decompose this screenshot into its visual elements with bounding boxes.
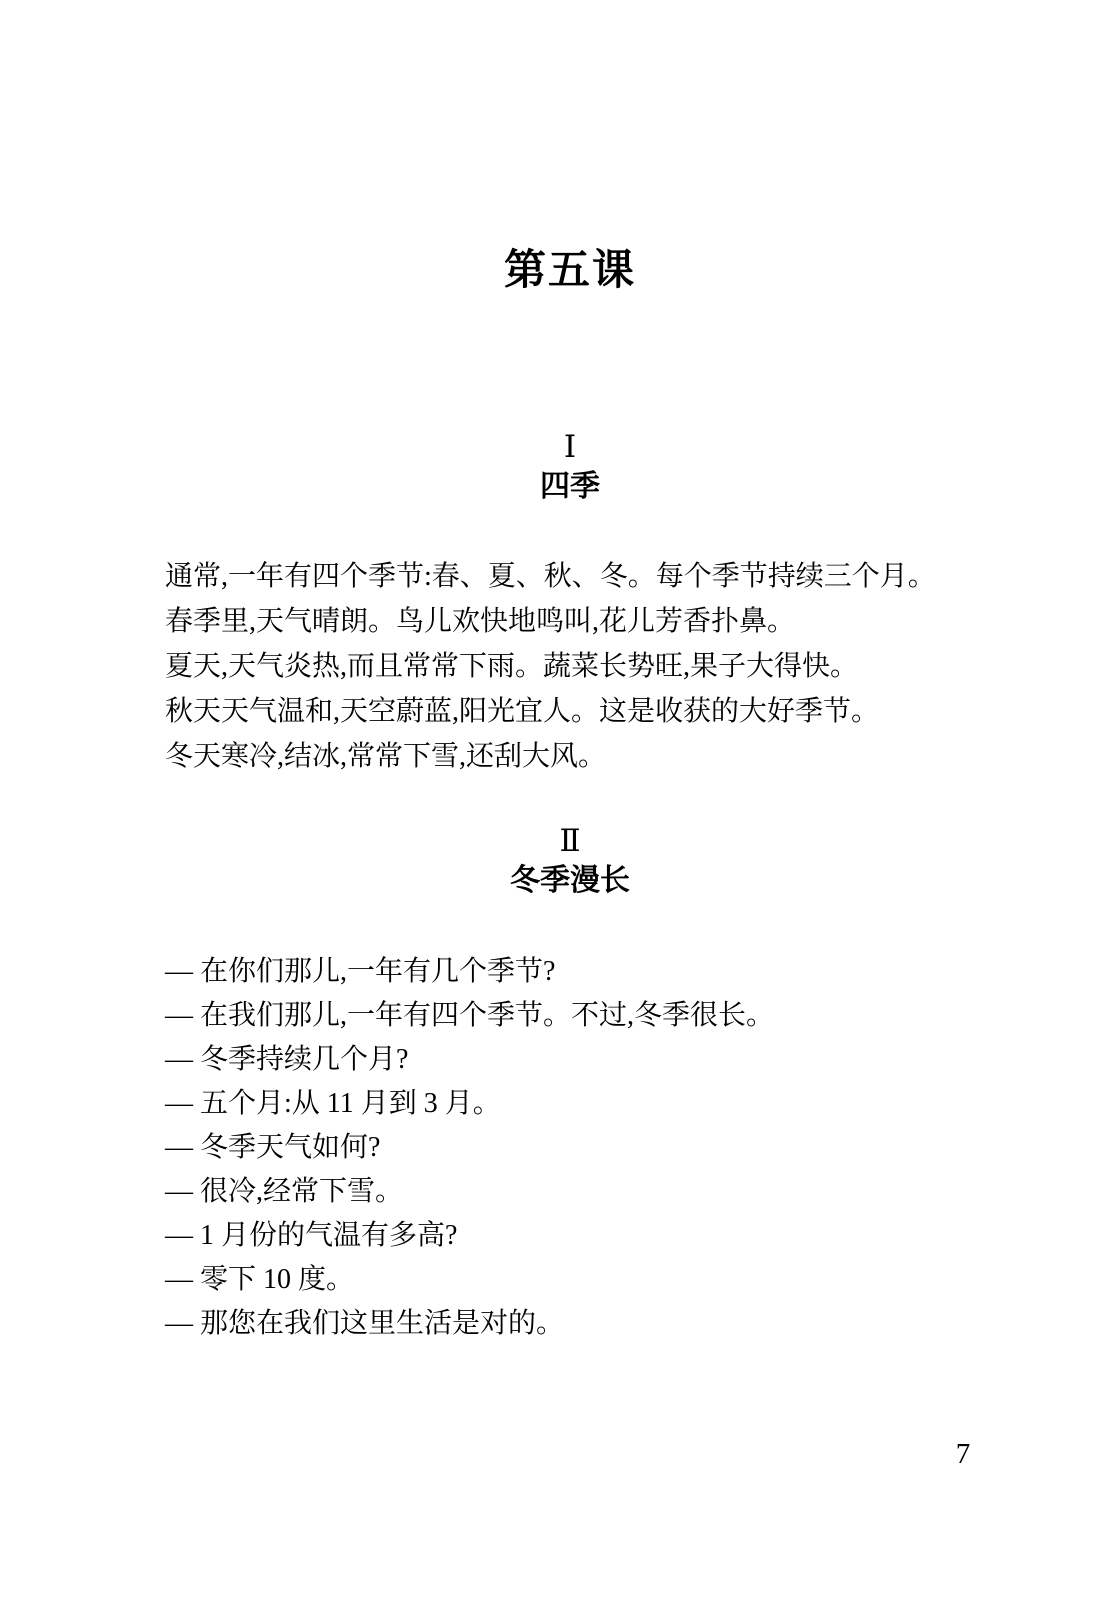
section-2-numeral: Ⅱ bbox=[165, 822, 975, 860]
section-1-numeral: Ⅰ bbox=[165, 428, 975, 466]
dialogue-line: — 很冷,经常下雪。 bbox=[165, 1170, 955, 1214]
dialogue-line: — 1 月份的气温有多高? bbox=[165, 1214, 955, 1258]
section-1-paragraph: 通常,一年有四个季节:春、夏、秋、冬。每个季节持续三个月。 春季里,天气晴朗。鸟… bbox=[165, 554, 955, 779]
lesson-title: 第五课 bbox=[165, 244, 975, 296]
page-number: 7 bbox=[938, 1436, 988, 1472]
section-2-heading: 冬季漫长 bbox=[165, 862, 975, 900]
dialogue-line: — 冬季天气如何? bbox=[165, 1126, 955, 1170]
dialogue-line: — 冬季持续几个月? bbox=[165, 1038, 955, 1082]
paragraph-line: 冬天寒冷,结冰,常常下雪,还刮大风。 bbox=[165, 734, 955, 779]
dialogue-line: — 在你们那儿,一年有几个季节? bbox=[165, 950, 955, 994]
dialogue-line: — 五个月:从 11 月到 3 月。 bbox=[165, 1082, 955, 1126]
paragraph-line: 春季里,天气晴朗。鸟儿欢快地鸣叫,花儿芳香扑鼻。 bbox=[165, 599, 955, 644]
dialogue-line: — 在我们那儿,一年有四个季节。不过,冬季很长。 bbox=[165, 994, 955, 1038]
dialogue-line: — 零下 10 度。 bbox=[165, 1258, 955, 1302]
section-1-heading: 四季 bbox=[165, 468, 975, 506]
paragraph-line: 秋天天气温和,天空蔚蓝,阳光宜人。这是收获的大好季节。 bbox=[165, 689, 955, 734]
dialogue-line: — 那您在我们这里生活是对的。 bbox=[165, 1302, 955, 1346]
textbook-page: 第五课 Ⅰ 四季 通常,一年有四个季节:春、夏、秋、冬。每个季节持续三个月。 春… bbox=[0, 0, 1104, 1599]
paragraph-line: 夏天,天气炎热,而且常常下雨。蔬菜长势旺,果子大得快。 bbox=[165, 644, 955, 689]
section-2-dialogue: — 在你们那儿,一年有几个季节? — 在我们那儿,一年有四个季节。不过,冬季很长… bbox=[165, 950, 955, 1346]
paragraph-line: 通常,一年有四个季节:春、夏、秋、冬。每个季节持续三个月。 bbox=[165, 554, 955, 599]
